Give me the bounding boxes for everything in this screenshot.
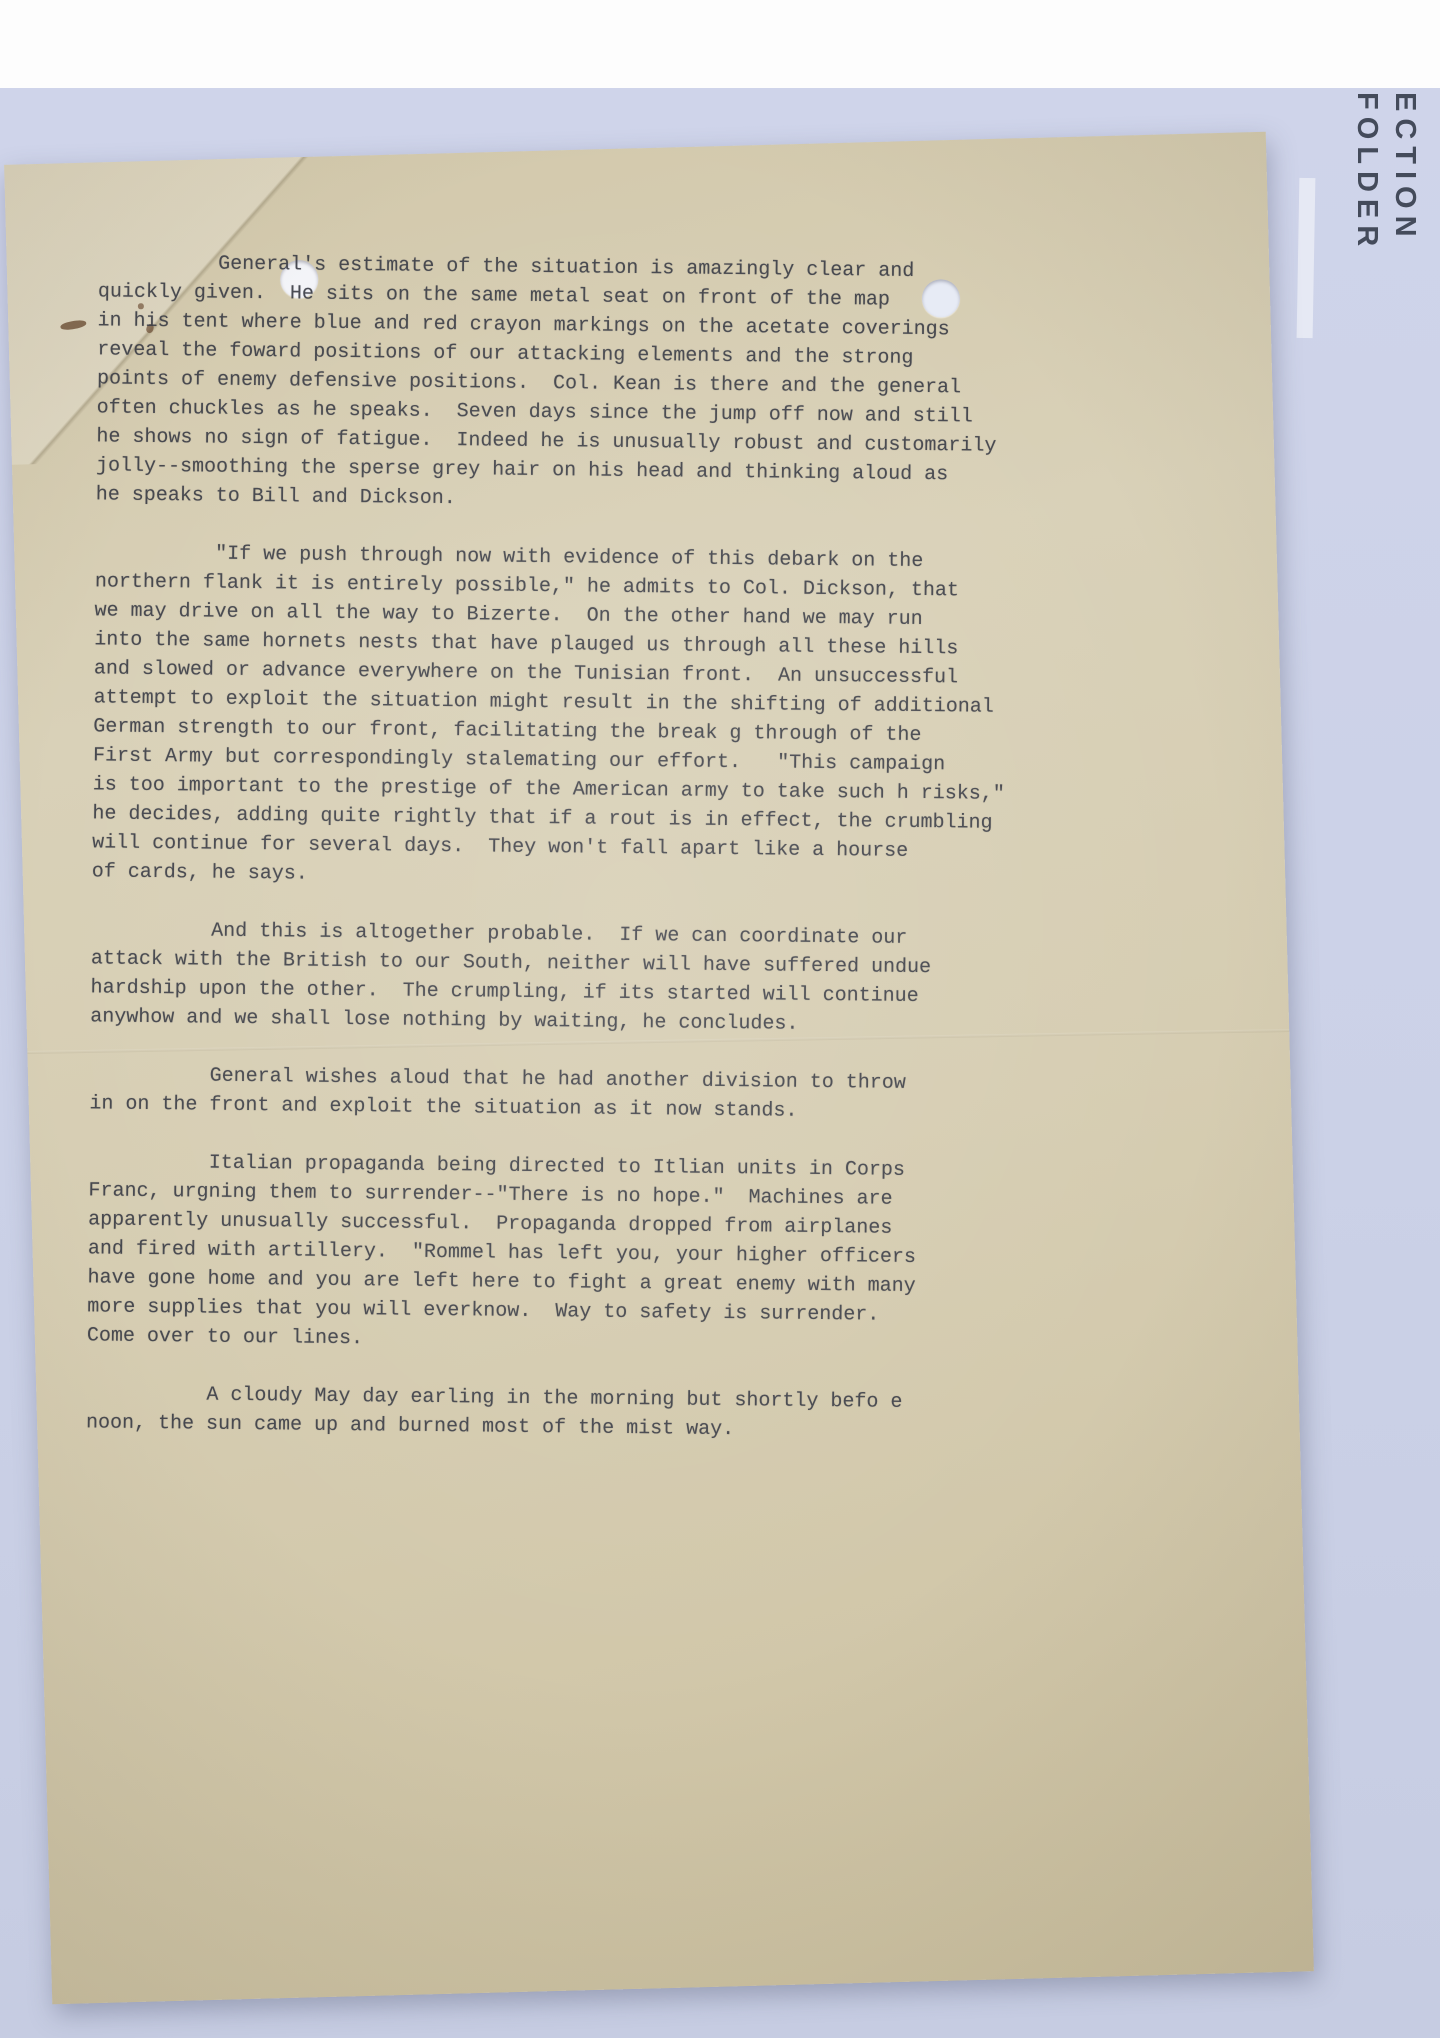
paragraph: General's estimate of the situation is a… [96,248,1011,519]
folder-tab-label-line: ECTION [1386,92,1424,253]
paragraph: And this is altogether probable. If we c… [90,915,1003,1041]
paragraph: A cloudy May day earling in the morning … [86,1379,999,1447]
folder-tab-label-line: FOLDER [1348,92,1386,253]
folder-tab-label: ECTION FOLDER [1348,92,1424,253]
paragraph: "If we push through now with evidence of… [92,538,1008,896]
paragraph: General wishes aloud that he had another… [89,1060,1002,1128]
typewritten-text: General's estimate of the situation is a… [86,248,1011,1475]
document-page: General's estimate of the situation is a… [4,132,1314,2004]
adjacent-sheet-edge [1297,178,1316,338]
paragraph: Italian propaganda being directed to Itl… [87,1147,1001,1360]
ink-smudge [60,319,87,331]
